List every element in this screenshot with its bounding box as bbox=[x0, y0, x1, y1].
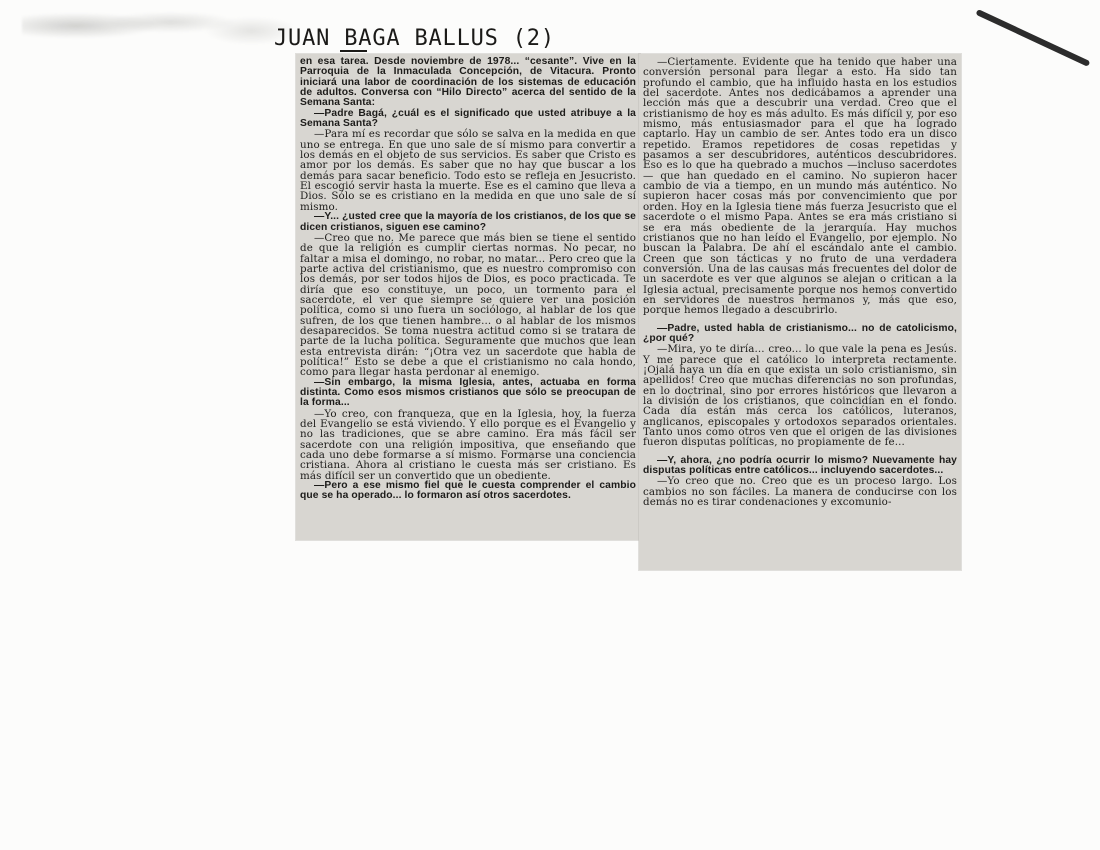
title-underline-mark bbox=[340, 50, 367, 52]
photocopy-smudge-mark bbox=[22, 12, 292, 46]
question-paragraph: —Y... ¿usted cree que la mayoría de los … bbox=[300, 212, 636, 233]
question-paragraph: —Padre, usted habla de cristianismo... n… bbox=[643, 324, 957, 345]
right-column-clipping: —Ciertamente. Evidente que ha tenido que… bbox=[639, 54, 961, 570]
answer-paragraph: —Ciertamente. Evidente que ha tenido que… bbox=[643, 57, 957, 316]
answer-paragraph: —Para mí es recordar que sólo se salva e… bbox=[300, 129, 636, 212]
answer-paragraph: —Mira, yo te diría... creo... lo que val… bbox=[643, 344, 957, 447]
article-title: JUAN BAGA BALLUS (2) bbox=[274, 26, 555, 51]
answer-paragraph: —Yo creo que no. Creo que es un proceso … bbox=[643, 476, 957, 507]
diagonal-scan-line-mark bbox=[975, 9, 1090, 67]
answer-paragraph: —Yo creo, con franqueza, que en la Igles… bbox=[300, 409, 636, 481]
question-paragraph: —Y, ahora, ¿no podría ocurrir lo mismo? … bbox=[643, 456, 957, 477]
answer-paragraph: —Creo que no. Me parece que más bien se … bbox=[300, 233, 636, 378]
question-paragraph: —Pero a ese mismo fiel que le cuesta com… bbox=[300, 481, 636, 502]
question-paragraph: —Padre Bagá, ¿cuál es el significado que… bbox=[300, 109, 636, 130]
scanned-page: JUAN BAGA BALLUS (2) en esa tarea. Desde… bbox=[0, 0, 1100, 850]
left-column-clipping: en esa tarea. Desde noviembre de 1978...… bbox=[296, 54, 640, 540]
question-paragraph: —Sin embargo, la misma Iglesia, antes, a… bbox=[300, 378, 636, 409]
intro-paragraph: en esa tarea. Desde noviembre de 1978...… bbox=[300, 57, 636, 109]
